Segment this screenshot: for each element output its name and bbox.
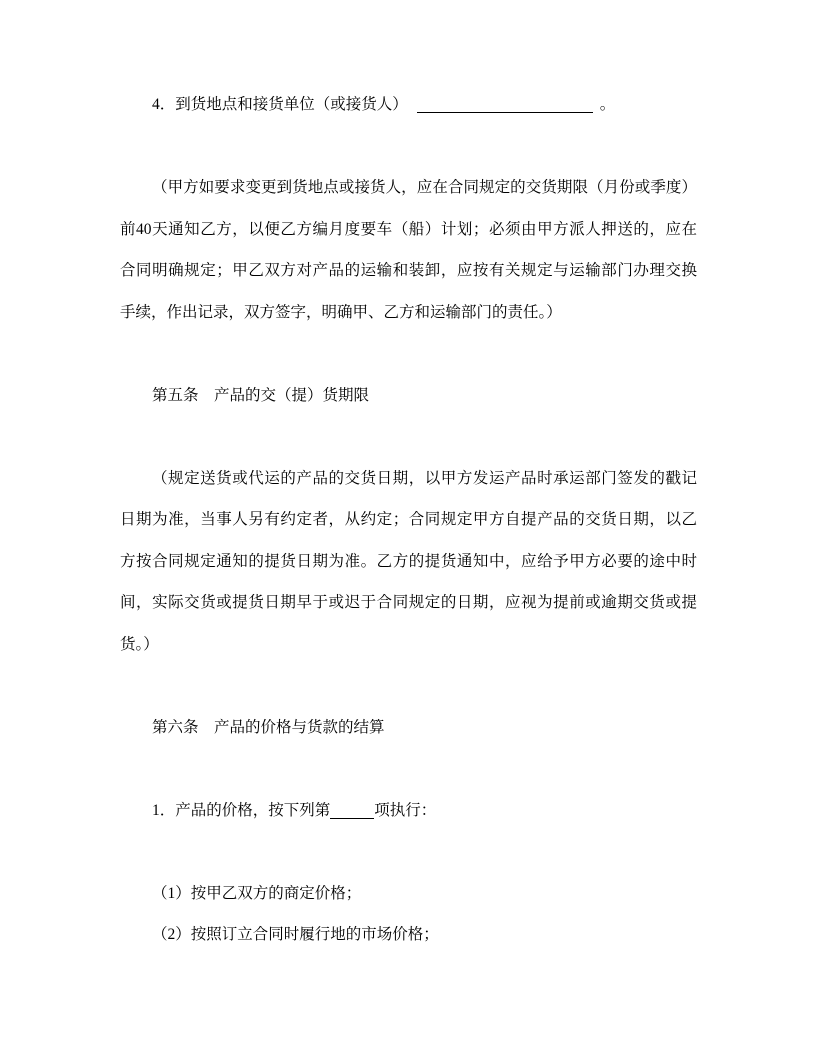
- para-line: 前40天通知乙方，以便乙方编月度要车（船）计划；必须由甲方派人押送的，应在: [120, 209, 697, 251]
- para-line: 手续，作出记录，双方签字，明确甲、乙方和运输部门的责任。）: [120, 292, 697, 334]
- blank-line: [120, 126, 697, 168]
- para-change-delivery: （甲方如要求变更到货地点或接货人，应在合同规定的交货期限（月份或季度） 前40天…: [120, 167, 697, 333]
- blank-line: [120, 333, 697, 375]
- price-clause-blank-field[interactable]: [330, 803, 374, 819]
- para-line: 货。）: [120, 624, 697, 666]
- para-line: （甲方如要求变更到货地点或接货人，应在合同规定的交货期限（月份或季度）: [120, 167, 697, 209]
- clause4-lead-text: 4．到货地点和接货单位（或接货人）: [152, 96, 408, 113]
- clause4-tail-text: 。: [600, 96, 616, 113]
- price-item-2: （2）按照订立合同时履行地的市场价格；: [120, 914, 697, 956]
- blank-line: [120, 665, 697, 707]
- clause4-blank-field[interactable]: [417, 97, 593, 113]
- price-clause-tail-text: 项执行：: [374, 802, 436, 819]
- blank-line: [120, 416, 697, 458]
- para-line: 间，实际交货或提货日期早于或迟于合同规定的日期，应视为提前或逾期交货或提: [120, 582, 697, 624]
- para-line: （规定送货或代运的产品的交货日期，以甲方发运产品时承运部门签发的戳记: [120, 458, 697, 500]
- para-line: 合同明确规定；甲乙双方对产品的运输和装卸，应按有关规定与运输部门办理交换: [120, 250, 697, 292]
- price-clause-lead-text: 1．产品的价格，按下列第: [152, 802, 330, 819]
- blank-line: [120, 831, 697, 873]
- article5-heading: 第五条 产品的交（提）货期限: [120, 375, 697, 417]
- contract-document-page: 4．到货地点和接货单位（或接货人）。 （甲方如要求变更到货地点或接货人，应在合同…: [0, 0, 816, 1056]
- price-item-1: （1）按甲乙双方的商定价格；: [120, 873, 697, 915]
- clause4-delivery-line: 4．到货地点和接货单位（或接货人）。: [120, 84, 697, 126]
- article6-heading: 第六条 产品的价格与货款的结算: [120, 707, 697, 749]
- para-line: 日期为准，当事人另有约定者，从约定；合同规定甲方自提产品的交货日期，以乙: [120, 499, 697, 541]
- para-line: 方按合同规定通知的提货日期为准。乙方的提货通知中，应给予甲方必要的途中时: [120, 541, 697, 583]
- blank-line: [120, 748, 697, 790]
- para-delivery-deadline: （规定送货或代运的产品的交货日期，以甲方发运产品时承运部门签发的戳记 日期为准，…: [120, 458, 697, 666]
- price-clause-line: 1．产品的价格，按下列第项执行：: [120, 790, 697, 832]
